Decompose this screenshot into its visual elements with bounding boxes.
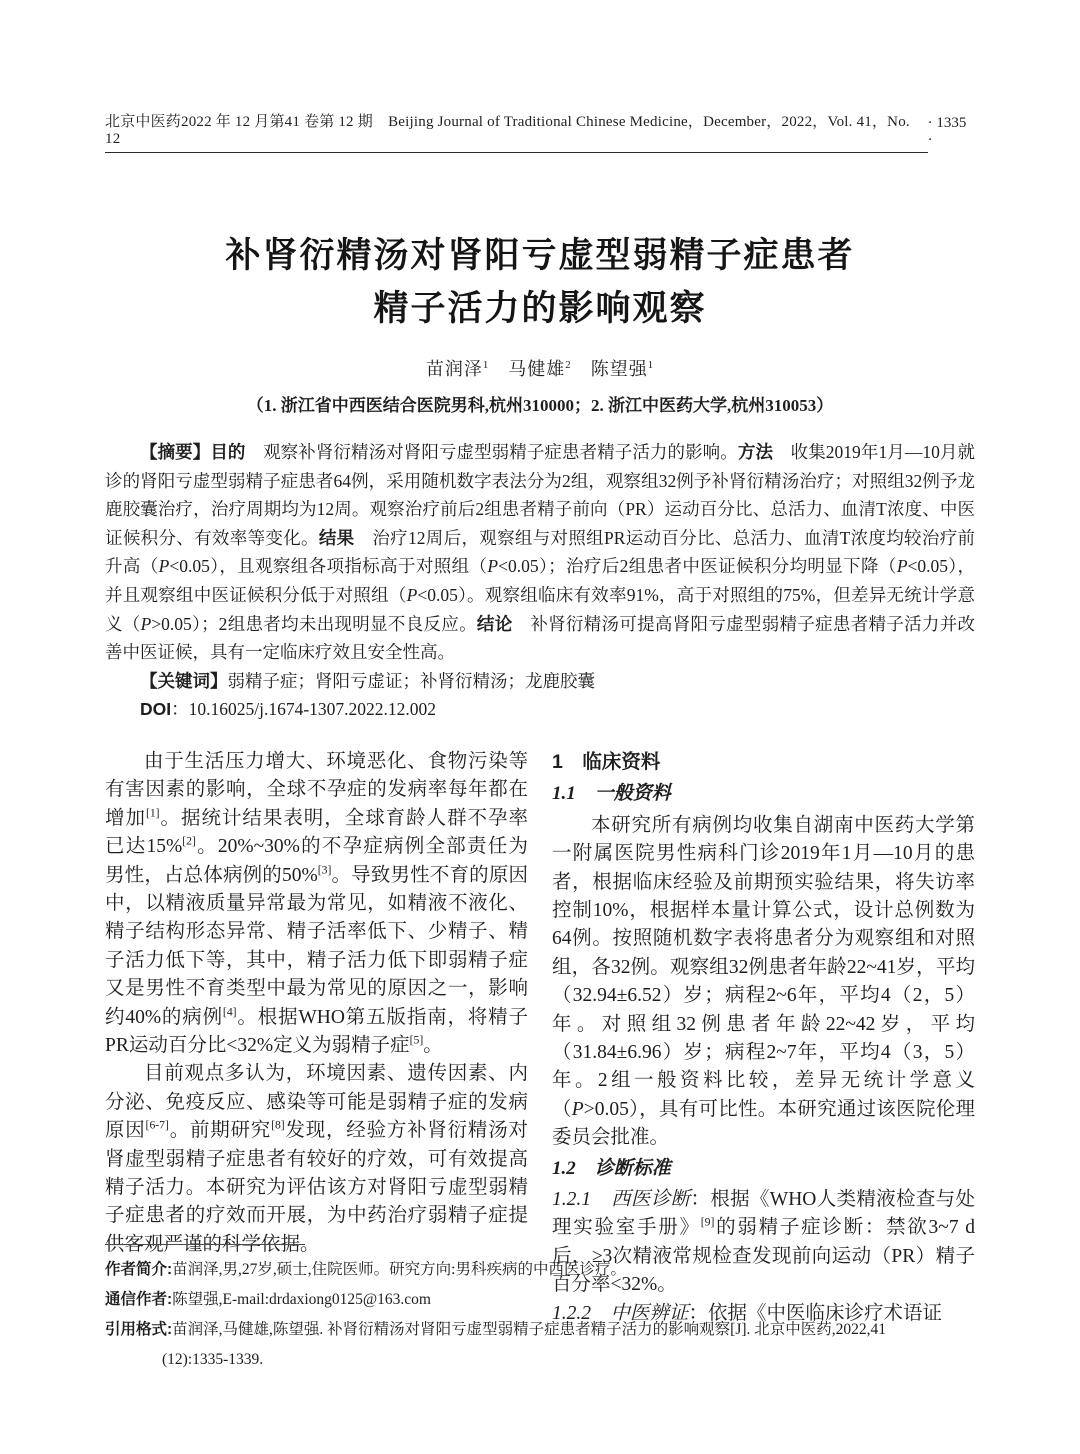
- abstract-paragraph: 【摘要】目的 观察补肾衍精汤对肾阳亏虚型弱精子症患者精子活力的影响。方法 收集2…: [105, 438, 975, 667]
- footnote-divider: [105, 1244, 305, 1245]
- section-1-2-heading: 1.2 诊断标准: [552, 1155, 975, 1183]
- author-bio-line: 作者简介:苗润泽,男,27岁,硕士,住院医师。研究方向:男科疾病的中西医诊疗。: [105, 1255, 975, 1285]
- keywords-line: 【关键词】弱精子症；肾阳亏虚证；补肾衍精汤；龙鹿胶囊: [105, 667, 975, 696]
- paper-title: 补肾衍精汤对肾阳亏虚型弱精子症患者 精子活力的影响观察: [105, 229, 975, 335]
- abstract-block: 【摘要】目的 观察补肾衍精汤对肾阳亏虚型弱精子症患者精子活力的影响。方法 收集2…: [105, 438, 975, 724]
- journal-header-line: 北京中医药2022 年 12 月第41 卷第 12 期 Beijing Jour…: [105, 110, 928, 153]
- section-1-heading: 1 临床资料: [552, 748, 975, 776]
- general-data-paragraph: 本研究所有病例均收集自湖南中医药大学第一附属医院男性病科门诊2019年1月—10…: [552, 812, 975, 1153]
- authors-line: 苗润泽1 马健雄2 陈望强1: [0, 355, 1080, 381]
- intro-paragraph-2: 目前观点多认为，环境因素、遗传因素、内分泌、免疫反应、感染等可能是弱精子症的发病…: [105, 1060, 528, 1259]
- footnote-block: 作者简介:苗润泽,男,27岁,硕士,住院医师。研究方向:男科疾病的中西医诊疗。 …: [105, 1244, 975, 1375]
- journal-page: 北京中医药2022 年 12 月第41 卷第 12 期 Beijing Jour…: [0, 0, 1080, 1454]
- right-column: 1 临床资料 1.1 一般资料 本研究所有病例均收集自湖南中医药大学第一附属医院…: [552, 748, 975, 1328]
- doi-line: DOI：10.16025/j.1674-1307.2022.12.002: [105, 695, 975, 724]
- page-number: · 1335 ·: [928, 115, 975, 153]
- page-header: 北京中医药2022 年 12 月第41 卷第 12 期 Beijing Jour…: [105, 0, 975, 153]
- corresponding-author-line: 通信作者:陈望强,E-mail:drdaxiong0125@163.com: [105, 1285, 975, 1315]
- two-column-body: 由于生活压力增大、环境恶化、食物污染等有害因素的影响，全球不孕症的发病率每年都在…: [105, 748, 975, 1328]
- section-1-1-heading: 1.1 一般资料: [552, 780, 975, 808]
- left-column: 由于生活压力增大、环境恶化、食物污染等有害因素的影响，全球不孕症的发病率每年都在…: [105, 748, 528, 1328]
- affiliation-line: （1. 浙江省中西医结合医院男科,杭州310000；2. 浙江中医药大学,杭州3…: [0, 391, 1080, 416]
- intro-paragraph-1: 由于生活压力增大、环境恶化、食物污染等有害因素的影响，全球不孕症的发病率每年都在…: [105, 748, 528, 1060]
- citation-line: 引用格式:苗润泽,马健雄,陈望强. 补肾衍精汤对肾阳亏虚型弱精子症患者精子活力的…: [105, 1315, 975, 1375]
